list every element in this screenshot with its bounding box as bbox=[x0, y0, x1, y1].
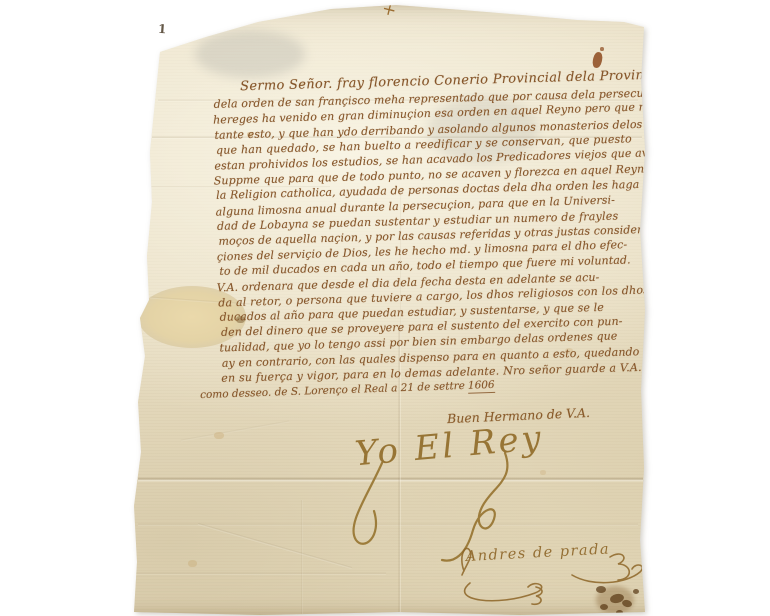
foxing-spot bbox=[214, 432, 224, 439]
document-photo: + Sermo Señor. fray florencio Conerio Pr… bbox=[0, 0, 770, 616]
ink-blot bbox=[596, 586, 606, 593]
gray-smudge bbox=[195, 30, 305, 78]
ink-blot bbox=[633, 589, 639, 594]
dateline-year: 1606 bbox=[468, 379, 495, 394]
countersignature-three-mark bbox=[532, 587, 542, 604]
paper-sheet: + Sermo Señor. fray florencio Conerio Pr… bbox=[0, 0, 770, 616]
countersignature-trailing-stroke bbox=[572, 565, 642, 583]
countersignature-rubric bbox=[610, 554, 629, 580]
signature-flourish-left bbox=[353, 463, 382, 544]
letter-body: Sermo Señor. fray florencio Conerio Prov… bbox=[214, 68, 658, 386]
crumple-line bbox=[181, 420, 290, 441]
countersignature-underline bbox=[465, 583, 542, 601]
countersignature-text: Andres de prada bbox=[463, 541, 610, 565]
invocation-cross-mark: + bbox=[380, 0, 399, 21]
royal-signature-text: Yo El Rey bbox=[353, 418, 545, 474]
fold-crease-vertical bbox=[301, 500, 303, 616]
manuscript-page: + Sermo Señor. fray florencio Conerio Pr… bbox=[0, 0, 770, 616]
red-ink-speck bbox=[591, 51, 603, 69]
foxing-spot bbox=[188, 560, 197, 567]
red-ink-speck bbox=[600, 47, 604, 51]
ink-blot bbox=[600, 604, 608, 610]
folio-mark: 1 bbox=[158, 22, 167, 37]
ink-blot bbox=[616, 610, 623, 615]
